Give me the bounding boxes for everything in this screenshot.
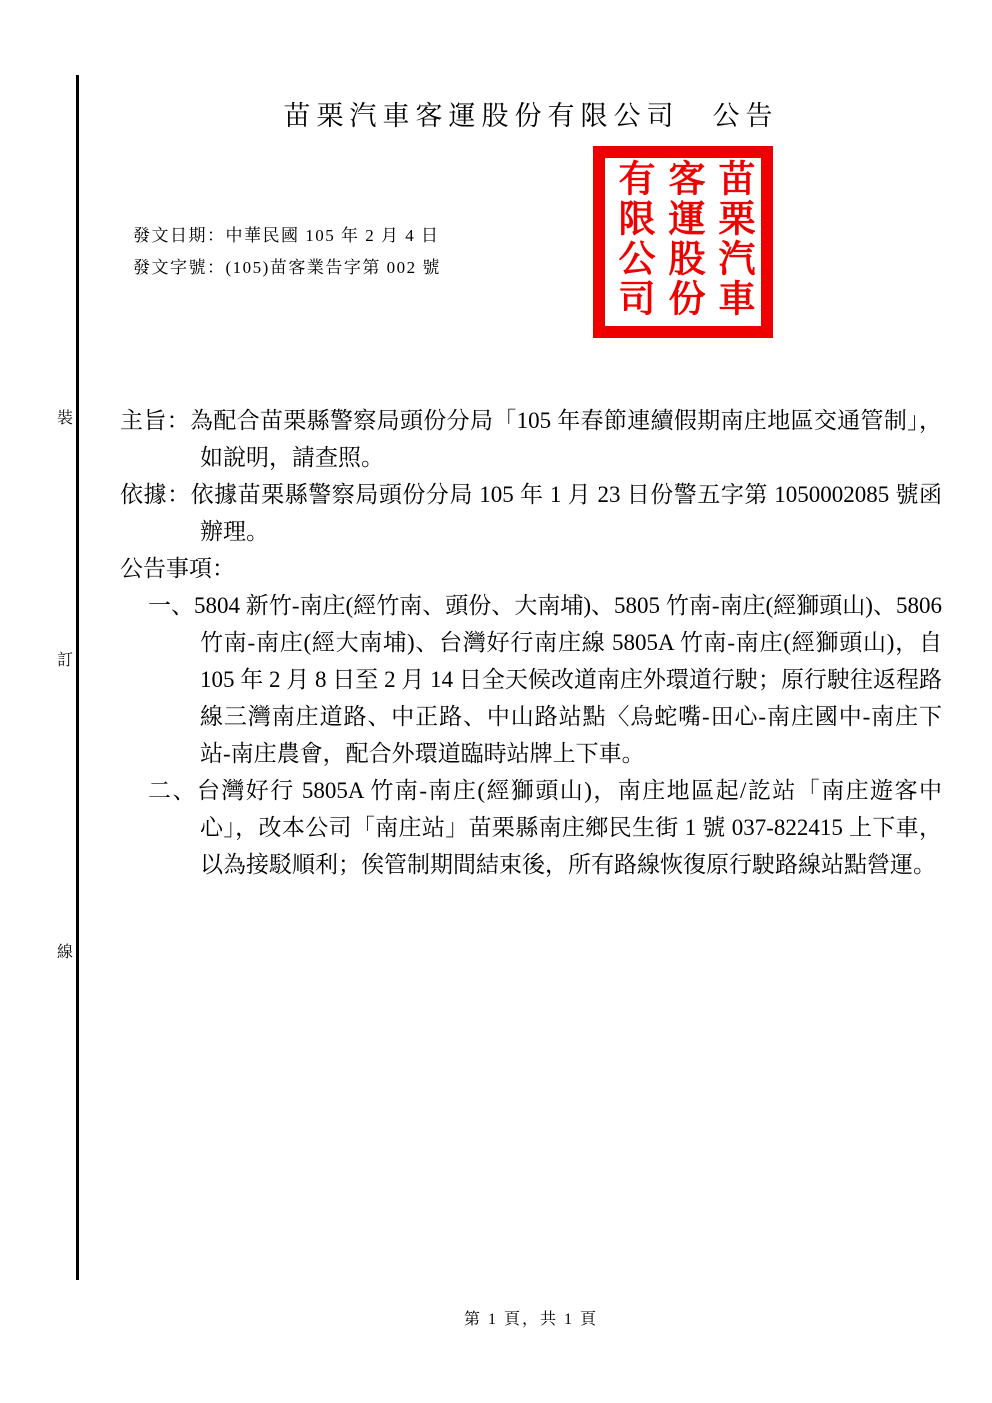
subject-paragraph: 主旨：為配合苗栗縣警察局頭份分局「105 年春節連續假期南庄地區交通管制」，如說… — [120, 402, 942, 476]
binding-char-xian: 線 — [52, 939, 78, 962]
item-text: 5804 新竹-南庄(經竹南、頭份、大南埔)、5805 竹南-南庄(經獅頭山)、… — [194, 593, 942, 766]
page-footer: 第 1 頁，共 1 頁 — [70, 1306, 992, 1329]
announcement-item-2: 二、台灣好行 5805A 竹南-南庄(經獅頭山)，南庄地區起/訖站「南庄遊客中心… — [148, 772, 942, 883]
announcement-item-1: 一、5804 新竹-南庄(經竹南、頭份、大南埔)、5805 竹南-南庄(經獅頭山… — [148, 587, 942, 772]
basis-text: 依據苗栗縣警察局頭份分局 105 年 1 月 23 日份警五字第 1050002… — [191, 482, 942, 544]
item-number: 一、 — [148, 593, 194, 618]
issue-date-line: 發文日期：中華民國 105 年 2 月 4 日 — [133, 220, 441, 252]
basis-label: 依據： — [120, 482, 191, 507]
item-number: 二、 — [148, 778, 197, 803]
announcement-items-heading: 公告事項： — [120, 550, 942, 587]
doc-number-line: 發文字號：(105)苗客業告字第 002 號 — [133, 252, 441, 284]
company-seal: 苗栗汽車客運股份有限公司 — [593, 146, 773, 338]
basis-paragraph: 依據：依據苗栗縣警察局頭份分局 105 年 1 月 23 日份警五字第 1050… — [120, 476, 942, 550]
binding-char-ding: 訂 — [52, 647, 78, 670]
subject-label: 主旨： — [120, 408, 190, 433]
announcement-page: { "page": { "title": "苗栗汽車客運股份有限公司 公告", … — [0, 0, 992, 1403]
company-seal-text: 苗栗汽車客運股份有限公司 — [608, 159, 758, 325]
announcement-body: 主旨：為配合苗栗縣警察局頭份分局「105 年春節連續假期南庄地區交通管制」，如說… — [120, 402, 942, 883]
binding-line — [76, 75, 79, 1280]
item-text: 台灣好行 5805A 竹南-南庄(經獅頭山)，南庄地區起/訖站「南庄遊客中心」，… — [197, 778, 942, 877]
binding-char-zhuang: 裝 — [52, 405, 78, 428]
page-title: 苗栗汽車客運股份有限公司 公告 — [70, 94, 992, 133]
document-meta: 發文日期：中華民國 105 年 2 月 4 日 發文字號：(105)苗客業告字第… — [133, 220, 441, 284]
subject-text: 為配合苗栗縣警察局頭份分局「105 年春節連續假期南庄地區交通管制」，如說明，請… — [190, 408, 942, 470]
